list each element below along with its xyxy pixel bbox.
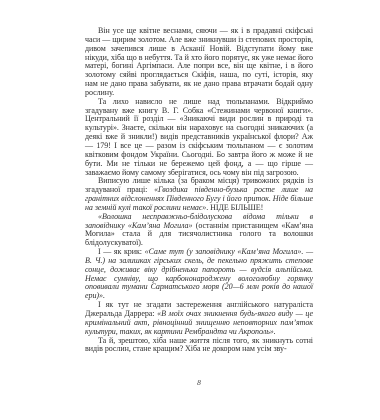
text-block: Він усе ще квітне веснами, сяючи — як і … bbox=[85, 27, 313, 354]
paragraph-text: Та й, зрештою, хіба наше життя після тог… bbox=[85, 336, 313, 354]
paragraph-text: І — як крик: bbox=[98, 247, 145, 256]
paragraph: І як тут не згадати застереження англійс… bbox=[85, 301, 313, 336]
paragraph: Та лихо нависло не лише над тюльпанами. … bbox=[85, 98, 313, 178]
page-number: 8 bbox=[85, 378, 313, 387]
paragraph: І — як крик: «Саме тут (у заповіднику «К… bbox=[85, 248, 313, 301]
book-page: Він усе ще квітне веснами, сяючи — як і … bbox=[0, 0, 380, 420]
paragraph-text: Та лихо нависло не лише над тюльпанами. … bbox=[85, 97, 313, 177]
quoted-text: «Саме тут (у заповіднику «Кам’яна Могила… bbox=[85, 247, 313, 300]
paragraph: Та й, зрештою, хіба наше життя після тог… bbox=[85, 337, 313, 355]
paragraph: «Волошка несправжньо-блідолускова відома… bbox=[85, 213, 313, 248]
paragraph-text: . НІДЕ БІЛЬШЕ! bbox=[206, 203, 263, 212]
paragraph-text: Він усе ще квітне веснами, сяючи — як і … bbox=[85, 26, 313, 97]
paragraph: Він усе ще квітне веснами, сяючи — як і … bbox=[85, 27, 313, 98]
paragraph: Виписую лише кілька (за браком місця) тр… bbox=[85, 177, 313, 212]
